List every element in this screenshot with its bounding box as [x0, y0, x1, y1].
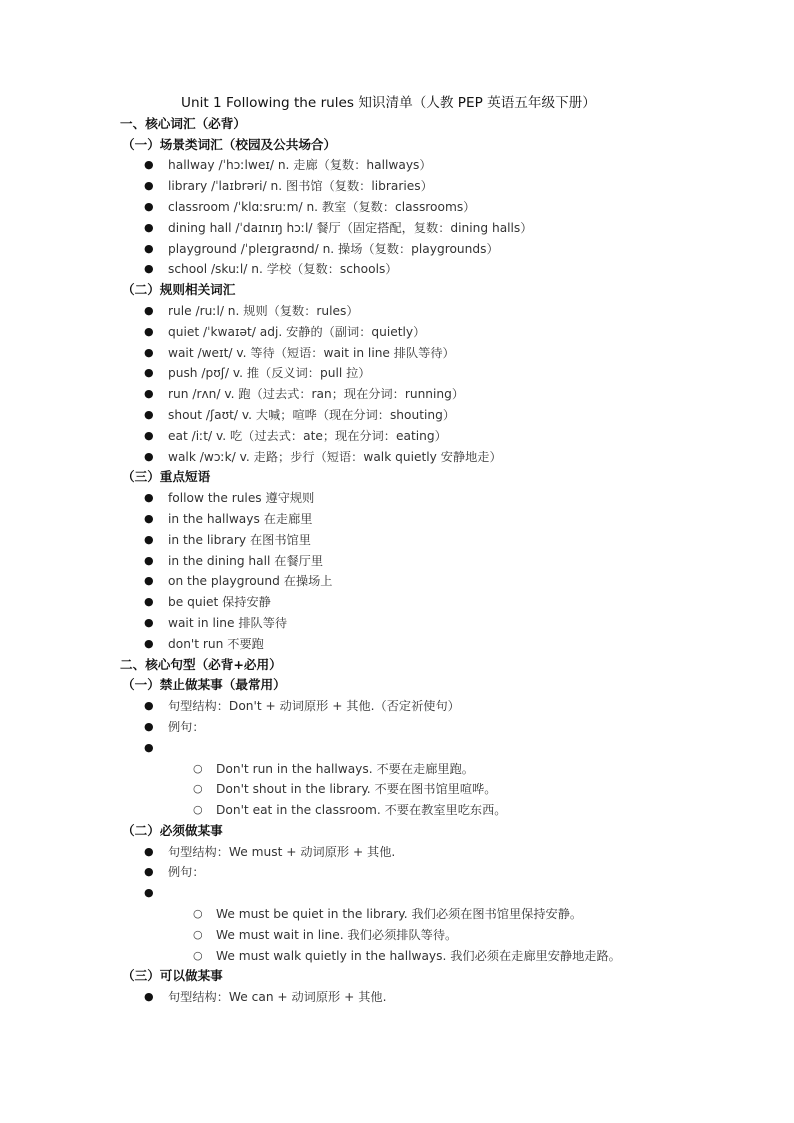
bullet-icon: ●	[144, 447, 154, 468]
bullet-icon: ●	[144, 738, 154, 759]
circle-bullet-icon: ○	[193, 759, 203, 780]
subsection-heading-obligation: （二）必须做某事	[0, 821, 794, 842]
bullet-icon: ●	[144, 322, 154, 343]
bullet-icon: ●	[144, 551, 154, 572]
bullet-icon: ●	[144, 218, 154, 239]
list-item: ●eat /iːt/ v. 吃（过去式：ate；现在分词：eating）	[0, 426, 794, 447]
example-sentence: ○We must wait in line. 我们必须排队等待。	[0, 925, 794, 946]
list-item: ●be quiet 保持安静	[0, 592, 794, 613]
list-item: ●playground /ˈpleɪɡraʊnd/ n. 操场（复数：playg…	[0, 239, 794, 260]
bullet-icon: ●	[144, 634, 154, 655]
empty-list-item: ●	[0, 883, 794, 904]
bullet-icon: ●	[144, 426, 154, 447]
section-heading-vocabulary: 一、核心词汇（必背）	[0, 114, 794, 135]
bullet-icon: ●	[144, 384, 154, 405]
bullet-icon: ●	[144, 883, 154, 904]
list-item: ●run /rʌn/ v. 跑（过去式：ran；现在分词：running）	[0, 384, 794, 405]
bullet-icon: ●	[144, 696, 154, 717]
list-item: ●in the library 在图书馆里	[0, 530, 794, 551]
list-item: ●dining hall /ˈdaɪnɪŋ hɔːl/ 餐厅（固定搭配，复数：d…	[0, 218, 794, 239]
bullet-icon: ●	[144, 155, 154, 176]
subsection-heading-scene-words: （一）场景类词汇（校园及公共场合）	[0, 135, 794, 156]
example-sentence: ○Don't shout in the library. 不要在图书馆里喧哗。	[0, 779, 794, 800]
list-item: ●don't run 不要跑	[0, 634, 794, 655]
bullet-icon: ●	[144, 862, 154, 883]
circle-bullet-icon: ○	[193, 800, 203, 821]
list-item: ●quiet /ˈkwaɪət/ adj. 安静的（副词：quietly）	[0, 322, 794, 343]
bullet-icon: ●	[144, 530, 154, 551]
list-item: ●school /skuːl/ n. 学校（复数：schools）	[0, 259, 794, 280]
list-item: ●shout /ʃaʊt/ v. 大喊；喧哗（现在分词：shouting）	[0, 405, 794, 426]
circle-bullet-icon: ○	[193, 779, 203, 800]
list-item: ●classroom /ˈklɑːsruːm/ n. 教室（复数：classro…	[0, 197, 794, 218]
bullet-icon: ●	[144, 571, 154, 592]
bullet-icon: ●	[144, 197, 154, 218]
subsection-heading-prohibition: （一）禁止做某事（最常用）	[0, 675, 794, 696]
example-sentence: ○We must be quiet in the library. 我们必须在图…	[0, 904, 794, 925]
bullet-icon: ●	[144, 842, 154, 863]
circle-bullet-icon: ○	[193, 946, 203, 967]
bullet-icon: ●	[144, 259, 154, 280]
structure-item: ●句型结构：Don't + 动词原形 + 其他.（否定祈使句）	[0, 696, 794, 717]
bullet-icon: ●	[144, 176, 154, 197]
list-item: ●wait /weɪt/ v. 等待（短语：wait in line 排队等待）	[0, 343, 794, 364]
bullet-icon: ●	[144, 613, 154, 634]
example-label-item: ●例句：	[0, 717, 794, 738]
example-label-item: ●例句：	[0, 862, 794, 883]
subsection-heading-key-phrases: （三）重点短语	[0, 467, 794, 488]
structure-item: ●句型结构：We can + 动词原形 + 其他.	[0, 987, 794, 1008]
bullet-icon: ●	[144, 987, 154, 1008]
list-item: ●in the dining hall 在餐厅里	[0, 551, 794, 572]
bullet-icon: ●	[144, 509, 154, 530]
example-sentence: ○We must walk quietly in the hallways. 我…	[0, 946, 794, 967]
section-heading-sentence-patterns: 二、核心句型（必背+必用）	[0, 655, 794, 676]
list-item: ●rule /ruːl/ n. 规则（复数：rules）	[0, 301, 794, 322]
bullet-icon: ●	[144, 343, 154, 364]
structure-item: ●句型结构：We must + 动词原形 + 其他.	[0, 842, 794, 863]
document-page: Unit 1 Following the rules 知识清单（人教 PEP 英…	[0, 93, 794, 1008]
bullet-icon: ●	[144, 592, 154, 613]
document-title: Unit 1 Following the rules 知识清单（人教 PEP 英…	[0, 93, 794, 114]
list-item: ●hallway /ˈhɔːlweɪ/ n. 走廊（复数：hallways）	[0, 155, 794, 176]
list-item: ●library /ˈlaɪbrəri/ n. 图书馆（复数：libraries…	[0, 176, 794, 197]
circle-bullet-icon: ○	[193, 925, 203, 946]
bullet-icon: ●	[144, 301, 154, 322]
bullet-icon: ●	[144, 717, 154, 738]
bullet-icon: ●	[144, 239, 154, 260]
example-sentence: ○Don't eat in the classroom. 不要在教室里吃东西。	[0, 800, 794, 821]
bullet-icon: ●	[144, 363, 154, 384]
subsection-heading-rule-words: （二）规则相关词汇	[0, 280, 794, 301]
list-item: ●wait in line 排队等待	[0, 613, 794, 634]
bullet-icon: ●	[144, 488, 154, 509]
subsection-heading-permission: （三）可以做某事	[0, 966, 794, 987]
empty-list-item: ●	[0, 738, 794, 759]
list-item: ●on the playground 在操场上	[0, 571, 794, 592]
bullet-icon: ●	[144, 405, 154, 426]
example-sentence: ○Don't run in the hallways. 不要在走廊里跑。	[0, 759, 794, 780]
list-item: ●walk /wɔːk/ v. 走路；步行（短语：walk quietly 安静…	[0, 447, 794, 468]
list-item: ●in the hallways 在走廊里	[0, 509, 794, 530]
list-item: ●follow the rules 遵守规则	[0, 488, 794, 509]
circle-bullet-icon: ○	[193, 904, 203, 925]
list-item: ●push /pʊʃ/ v. 推（反义词：pull 拉）	[0, 363, 794, 384]
